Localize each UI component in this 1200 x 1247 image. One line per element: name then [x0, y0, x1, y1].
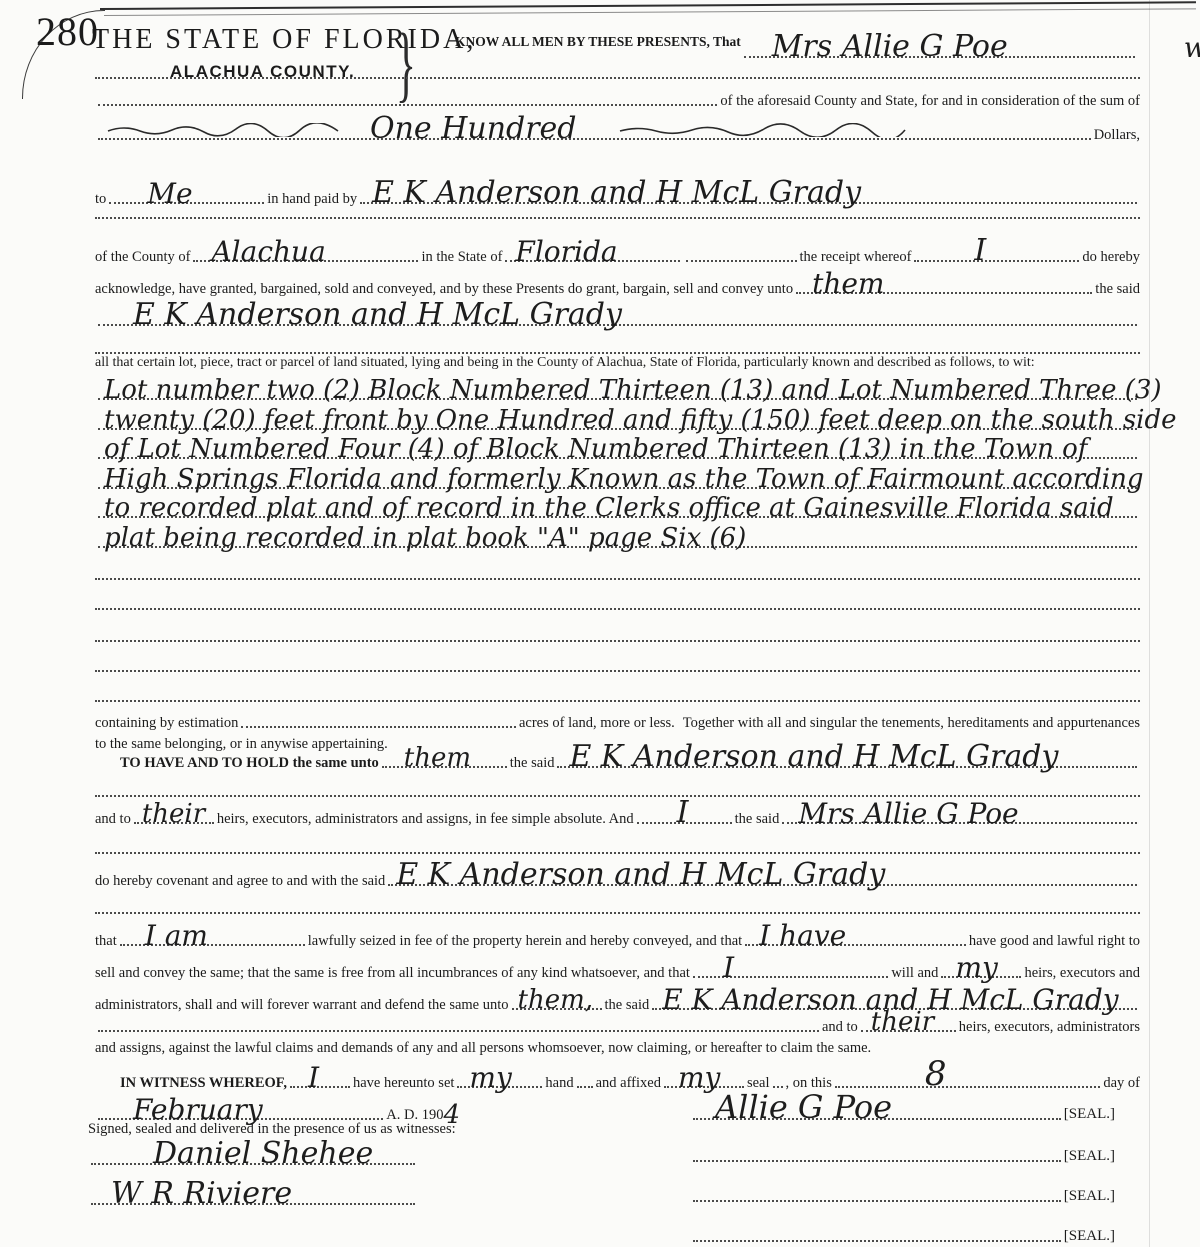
witness-2-signature-handwriting: W R Riviere	[111, 1180, 292, 1207]
dotted-line: I am	[120, 944, 305, 946]
row-grantor: KNOW ALL MEN BY THESE PRESENTS, That Mrs…	[455, 24, 1138, 58]
dotted-line: I	[290, 1086, 350, 1088]
i-am-handwriting: I am	[145, 923, 208, 948]
dotted-line: E K Anderson and H McL Grady	[360, 202, 1137, 204]
dotted-line: Florida	[505, 260, 680, 262]
covenant-label: do hereby covenant and agree to and with…	[95, 872, 385, 890]
and-handwriting: I	[677, 799, 689, 826]
grantor-signature-handwriting: Allie G Poe	[715, 1093, 892, 1122]
dotted-line	[95, 640, 1140, 642]
assigns-label: and assigns, against the lawful claims a…	[95, 1039, 871, 1057]
seal-bracket-label: [SEAL.]	[1064, 1187, 1115, 1206]
unto-handwriting: them	[404, 747, 471, 770]
dotted-line	[95, 578, 1140, 580]
dotted-line: Mrs Allie G Poe widow	[744, 56, 1135, 58]
dotted-line	[95, 912, 1140, 914]
county-heading: ALACHUA COUNTY.	[170, 62, 355, 82]
dotted-line	[98, 1030, 819, 1032]
dotted-line: Me	[109, 202, 264, 204]
my-handwriting: my	[678, 1065, 720, 1090]
dotted-line	[95, 77, 1140, 79]
and-to-label: and to	[822, 1018, 858, 1036]
dotted-line: W R Riviere	[91, 1203, 415, 1205]
row-aforesaid: of the aforesaid County and State, for a…	[95, 80, 1140, 110]
month-handwriting: February	[133, 1097, 263, 1122]
row-covenant: do hereby covenant and agree to and with…	[95, 856, 1140, 890]
day-handwriting: 8	[925, 1059, 947, 1090]
top-border-line-thin	[104, 8, 1196, 16]
and-to-label: and to	[95, 810, 131, 828]
dotted-line	[693, 1240, 1061, 1242]
receipt-handwriting: I	[974, 237, 986, 264]
grantees-handwriting: E K Anderson and H McL Grady	[396, 861, 885, 888]
dotted-line: E K Anderson and H McL Grady	[98, 324, 1137, 326]
dotted-line: One Hundred	[98, 138, 1091, 140]
dotted-line: I	[637, 822, 732, 824]
seal-bracket-label: [SEAL.]	[1064, 1105, 1115, 1124]
to-label: to	[95, 190, 106, 208]
seal-bracket-label: [SEAL.]	[1064, 1147, 1115, 1166]
row-sell: sell and convey the same; that the same …	[95, 948, 1140, 982]
i-handwriting: I	[723, 955, 734, 980]
right-edge-scan-line	[1149, 0, 1150, 1247]
row-and-to-their: and to their heirs, executors, administr…	[95, 1006, 1140, 1036]
dotted-line	[693, 1200, 1061, 1202]
to-have-label: TO HAVE AND TO HOLD the same unto	[120, 754, 379, 772]
state-handwriting: Florida	[515, 239, 617, 264]
row-witness-1: Daniel Shehee	[88, 1135, 418, 1169]
dotted-line: them	[382, 766, 507, 768]
in-hand-label: in hand paid by	[267, 190, 357, 208]
the-said-label: the said	[510, 754, 555, 772]
know-all-men-label: KNOW ALL MEN BY THESE PRESENTS, That	[455, 34, 741, 51]
dotted-line: I have	[745, 944, 966, 946]
county-handwriting: Alachua	[211, 239, 325, 264]
row-signature-seal-1: Allie G Poe [SEAL.]	[690, 1090, 1115, 1124]
row-to-have: TO HAVE AND TO HOLD the same unto them t…	[120, 738, 1140, 772]
dotted-line	[95, 608, 1140, 610]
hand-label: hand	[545, 1074, 573, 1092]
row-description-6: plat being recorded in plat book "A" pag…	[95, 512, 1140, 548]
deed-document-page: 280 THE STATE OF FLORIDA, ALACHUA COUNTY…	[0, 0, 1200, 1247]
dotted-line	[577, 1086, 593, 1088]
dotted-line: E K Anderson and H McL Grady	[557, 766, 1137, 768]
state-heading: THE STATE OF FLORIDA,	[92, 24, 476, 56]
dotted-line	[686, 260, 796, 262]
row-seal-2: [SEAL.]	[690, 1132, 1115, 1166]
witness-1-signature-handwriting: Daniel Shehee	[153, 1140, 373, 1167]
page-number: 280	[36, 8, 99, 55]
dotted-line: I	[693, 976, 888, 978]
row-date: February A. D. 190 4	[95, 1090, 460, 1124]
row-grantees: E K Anderson and H McL Grady	[95, 296, 1140, 330]
row-heirs: and to their heirs, executors, administr…	[95, 794, 1140, 828]
the-said-label: the said	[735, 810, 780, 828]
grantor-handwriting: Mrs Allie G Poe	[798, 801, 1018, 826]
amount-handwriting: One Hundred	[370, 115, 577, 142]
row-county-state: of the County of Alachua in the State of…	[95, 232, 1140, 266]
dotted-line	[95, 852, 1140, 854]
row-in-witness: IN WITNESS WHEREOF, I have hereunto set …	[120, 1058, 1140, 1092]
dotted-line: their	[134, 822, 214, 824]
row-seized: that I am lawfully seized in fee of the …	[95, 916, 1140, 950]
unto-handwriting: them	[812, 271, 884, 296]
together-label: Together with all and singular the tenem…	[683, 714, 1140, 732]
i-handwriting: I	[308, 1065, 319, 1090]
dotted-line	[693, 1160, 1061, 1162]
dotted-line	[241, 726, 516, 728]
row-containing: containing by estimation acres of land, …	[95, 702, 1140, 732]
dotted-line: Alachua	[193, 260, 418, 262]
acres-label: acres of land, more or less.	[519, 714, 675, 732]
payee-handwriting: Me	[147, 181, 192, 206]
containing-label: containing by estimation	[95, 714, 238, 732]
dotted-line: Allie G Poe	[693, 1118, 1061, 1120]
dotted-line: them	[796, 292, 1092, 294]
dotted-line: my	[941, 976, 1021, 978]
row-seal-4: [SEAL.]	[690, 1212, 1115, 1246]
dotted-line	[98, 104, 717, 106]
dotted-line: Mrs Allie G Poe	[782, 822, 1137, 824]
dollars-label: Dollars,	[1094, 126, 1140, 144]
my-handwriting: my	[955, 955, 997, 980]
row-amount: One Hundred Dollars,	[95, 114, 1140, 144]
dotted-line: Daniel Shehee	[91, 1163, 415, 1165]
dotted-line: plat being recorded in plat book "A" pag…	[98, 546, 1137, 548]
seal-bracket-label: [SEAL.]	[1064, 1227, 1115, 1246]
dotted-line: I	[914, 260, 1079, 262]
dotted-line: my	[457, 1086, 542, 1088]
affixed-label: and affixed	[596, 1074, 661, 1092]
dotted-line	[95, 217, 1140, 219]
their-handwriting: their	[142, 803, 205, 826]
dotted-line: their	[861, 1030, 956, 1032]
grantor-status-handwriting: widow	[1184, 35, 1200, 60]
i-have-handwriting: I have	[759, 923, 846, 948]
row-witness-2: W R Riviere	[88, 1175, 418, 1209]
grantor-name-handwriting: Mrs Allie G Poe	[772, 33, 1008, 60]
flourish-line	[106, 123, 341, 137]
aforesaid-label: of the aforesaid County and State, for a…	[720, 92, 1140, 110]
my-handwriting: my	[469, 1065, 511, 1090]
heirs-label: heirs, executors, administrators and ass…	[217, 810, 634, 828]
grantees-handwriting: E K Anderson and H McL Grady	[133, 301, 622, 328]
grantees-handwriting: E K Anderson and H McL Grady	[569, 743, 1058, 770]
dotted-line	[95, 670, 1140, 672]
dotted-line: E K Anderson and H McL Grady	[388, 884, 1137, 886]
description-handwriting: plat being recorded in plat book "A" pag…	[104, 527, 746, 550]
row-acknowledge: acknowledge, have granted, bargained, so…	[95, 264, 1140, 298]
heirs-label: heirs, executors, administrators	[959, 1018, 1140, 1036]
row-seal-3: [SEAL.]	[690, 1172, 1115, 1206]
flourish-line	[618, 123, 908, 137]
row-paid-by: to Me in hand paid by E K Anderson and H…	[95, 174, 1140, 208]
grantees-handwriting: E K Anderson and H McL Grady	[372, 179, 861, 206]
their-handwriting: their	[871, 1011, 934, 1034]
